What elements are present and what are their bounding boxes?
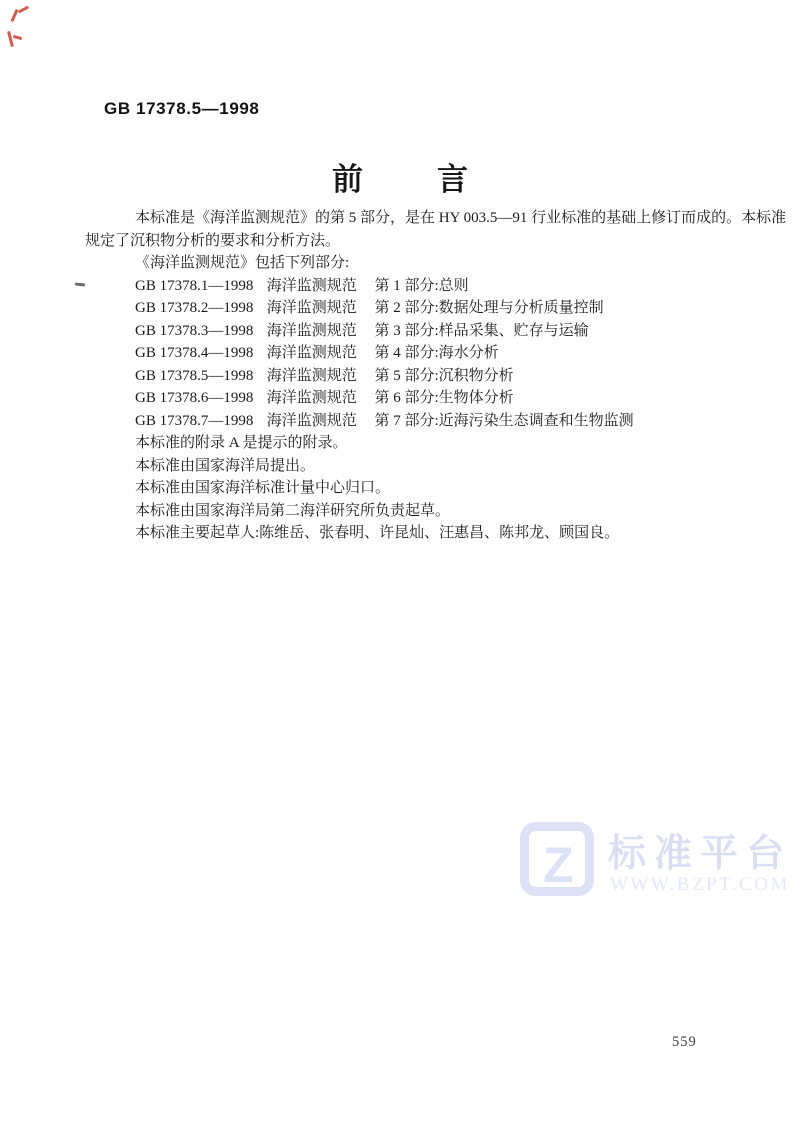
- foreword-paragraph-line: 本标准是《海洋监测规范》的第 5 部分，是在 HY 003.5—91 行业标准的…: [85, 207, 725, 230]
- bzpt-logo-letter: Z: [543, 837, 574, 893]
- part-code: GB 17378.4—1998: [135, 342, 263, 365]
- standard-part-row: GB 17378.4—1998 海洋监测规范 第 4 部分:海水分析: [85, 342, 725, 365]
- part-code: GB 17378.3—1998: [135, 320, 263, 343]
- foreword-note-line: 本标准由国家海洋局提出。: [85, 455, 725, 478]
- part-label: 第 3 部分:样品采集、贮存与运输: [375, 323, 589, 339]
- foreword-note-line: 本标准由国家海洋标准计量中心归口。: [85, 477, 725, 500]
- part-label: 第 7 部分:近海污染生态调查和生物监测: [375, 413, 634, 429]
- foreword-paragraph-line: 规定了沉积物分析的要求和分析方法。: [85, 230, 725, 253]
- part-label: 第 5 部分:沉积物分析: [375, 368, 514, 384]
- standard-code-header: GB 17378.5—1998: [104, 99, 260, 119]
- bzpt-logo-icon: Z: [520, 822, 594, 896]
- series-intro-line: 《海洋监测规范》包括下列部分:: [85, 252, 725, 275]
- foreword-note-line: 本标准的附录 A 是提示的附录。: [85, 432, 725, 455]
- foreword-note-line: 本标准由国家海洋局第二海洋研究所负责起草。: [85, 500, 725, 523]
- part-label: 第 6 部分:生物体分析: [375, 390, 514, 406]
- part-label: 第 1 部分:总则: [375, 278, 469, 294]
- part-code: GB 17378.7—1998: [135, 410, 263, 433]
- part-name: 海洋监测规范: [267, 387, 371, 410]
- scan-artifact-dash: [75, 282, 85, 286]
- part-label: 第 2 部分:数据处理与分析质量控制: [375, 300, 604, 316]
- watermark-brand-text: 标准平台: [608, 822, 792, 877]
- part-name: 海洋监测规范: [267, 275, 371, 298]
- part-code: GB 17378.6—1998: [135, 387, 263, 410]
- part-label: 第 4 部分:海水分析: [375, 345, 499, 361]
- part-name: 海洋监测规范: [267, 342, 371, 365]
- red-ink-stroke: [13, 35, 22, 40]
- part-name: 海洋监测规范: [267, 410, 371, 433]
- scanned-standard-page: GB 17378.5—1998 前 言 本标准是《海洋监测规范》的第 5 部分，…: [0, 0, 800, 1134]
- part-name: 海洋监测规范: [267, 365, 371, 388]
- standard-part-row: GB 17378.5—1998 海洋监测规范 第 5 部分:沉积物分析: [85, 365, 725, 388]
- standard-part-row: GB 17378.2—1998 海洋监测规范 第 2 部分:数据处理与分析质量控…: [85, 297, 725, 320]
- red-ink-stroke: [18, 6, 29, 14]
- red-ink-stroke: [7, 31, 14, 47]
- watermark-url-text: WWW.BZPT.COM: [610, 874, 790, 896]
- foreword-note-line: 本标准主要起草人:陈维岳、张春明、许昆灿、汪惠昌、陈邦龙、顾国良。: [85, 522, 725, 545]
- title-char-1: 前: [332, 154, 363, 199]
- part-code: GB 17378.1—1998: [135, 275, 263, 298]
- part-code: GB 17378.2—1998: [135, 297, 263, 320]
- bzpt-watermark: Z 标准平台 WWW.BZPT.COM: [520, 818, 740, 913]
- standard-part-row: GB 17378.1—1998 海洋监测规范 第 1 部分:总则: [85, 275, 725, 298]
- standard-part-row: GB 17378.3—1998 海洋监测规范 第 3 部分:样品采集、贮存与运输: [85, 320, 725, 343]
- part-code: GB 17378.5—1998: [135, 365, 263, 388]
- foreword-body: 本标准是《海洋监测规范》的第 5 部分，是在 HY 003.5—91 行业标准的…: [85, 207, 725, 545]
- part-name: 海洋监测规范: [267, 297, 371, 320]
- standard-part-row: GB 17378.7—1998 海洋监测规范 第 7 部分:近海污染生态调查和生…: [85, 410, 725, 433]
- title-char-2: 言: [437, 154, 468, 199]
- standard-part-row: GB 17378.6—1998 海洋监测规范 第 6 部分:生物体分析: [85, 387, 725, 410]
- page-number: 559: [672, 1034, 697, 1051]
- page-title: 前 言: [0, 154, 800, 199]
- part-name: 海洋监测规范: [267, 320, 371, 343]
